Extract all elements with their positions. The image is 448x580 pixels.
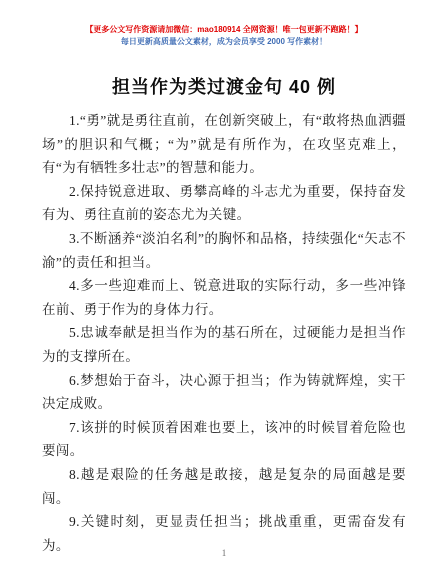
- paragraph-3: 3.不断涵养“淡泊名利”的胸怀和品格，持续强化“矢志不渝”的责任和担当。: [42, 227, 406, 274]
- document-page: 【更多公文写作资源请加微信：mao180914 全网资源！唯一包更新不跑路！】 …: [0, 0, 448, 580]
- promo-header-line2: 每日更新高质量公文素材，成为会员享受 2000 写作素材！: [0, 38, 448, 46]
- paragraph-7: 7.该拼的时候顶着困难也要上，该冲的时候冒着危险也要闯。: [42, 416, 406, 463]
- paragraph-8: 8.越是艰险的任务越是敢接，越是复杂的局面越是要闯。: [42, 463, 406, 510]
- page-number: 1: [0, 549, 448, 558]
- paragraph-1: 1.“勇”就是勇往直前，在创新突破上，有“敢将热血洒疆场”的胆识和气概；“为”就…: [42, 109, 406, 180]
- promo-header: 【更多公文写作资源请加微信：mao180914 全网资源！唯一包更新不跑路！】 …: [0, 0, 448, 46]
- promo-header-line1: 【更多公文写作资源请加微信：mao180914 全网资源！唯一包更新不跑路！】: [0, 26, 448, 34]
- page-title: 担当作为类过渡金句 40 例: [0, 78, 448, 96]
- paragraph-6: 6.梦想始于奋斗，决心源于担当；作为铸就辉煌，实干决定成败。: [42, 369, 406, 416]
- paragraph-4: 4.多一些迎难而上、锐意进取的实际行动，多一些冲锋在前、勇于作为的身体力行。: [42, 274, 406, 321]
- paragraph-2: 2.保持锐意进取、勇攀高峰的斗志尤为重要，保持奋发有为、勇往直前的姿态尤为关键。: [42, 180, 406, 227]
- document-body: 1.“勇”就是勇往直前，在创新突破上，有“敢将热血洒疆场”的胆识和气概；“为”就…: [42, 109, 406, 557]
- paragraph-5: 5.忠诚奉献是担当作为的基石所在，过硬能力是担当作为的支撑所在。: [42, 321, 406, 368]
